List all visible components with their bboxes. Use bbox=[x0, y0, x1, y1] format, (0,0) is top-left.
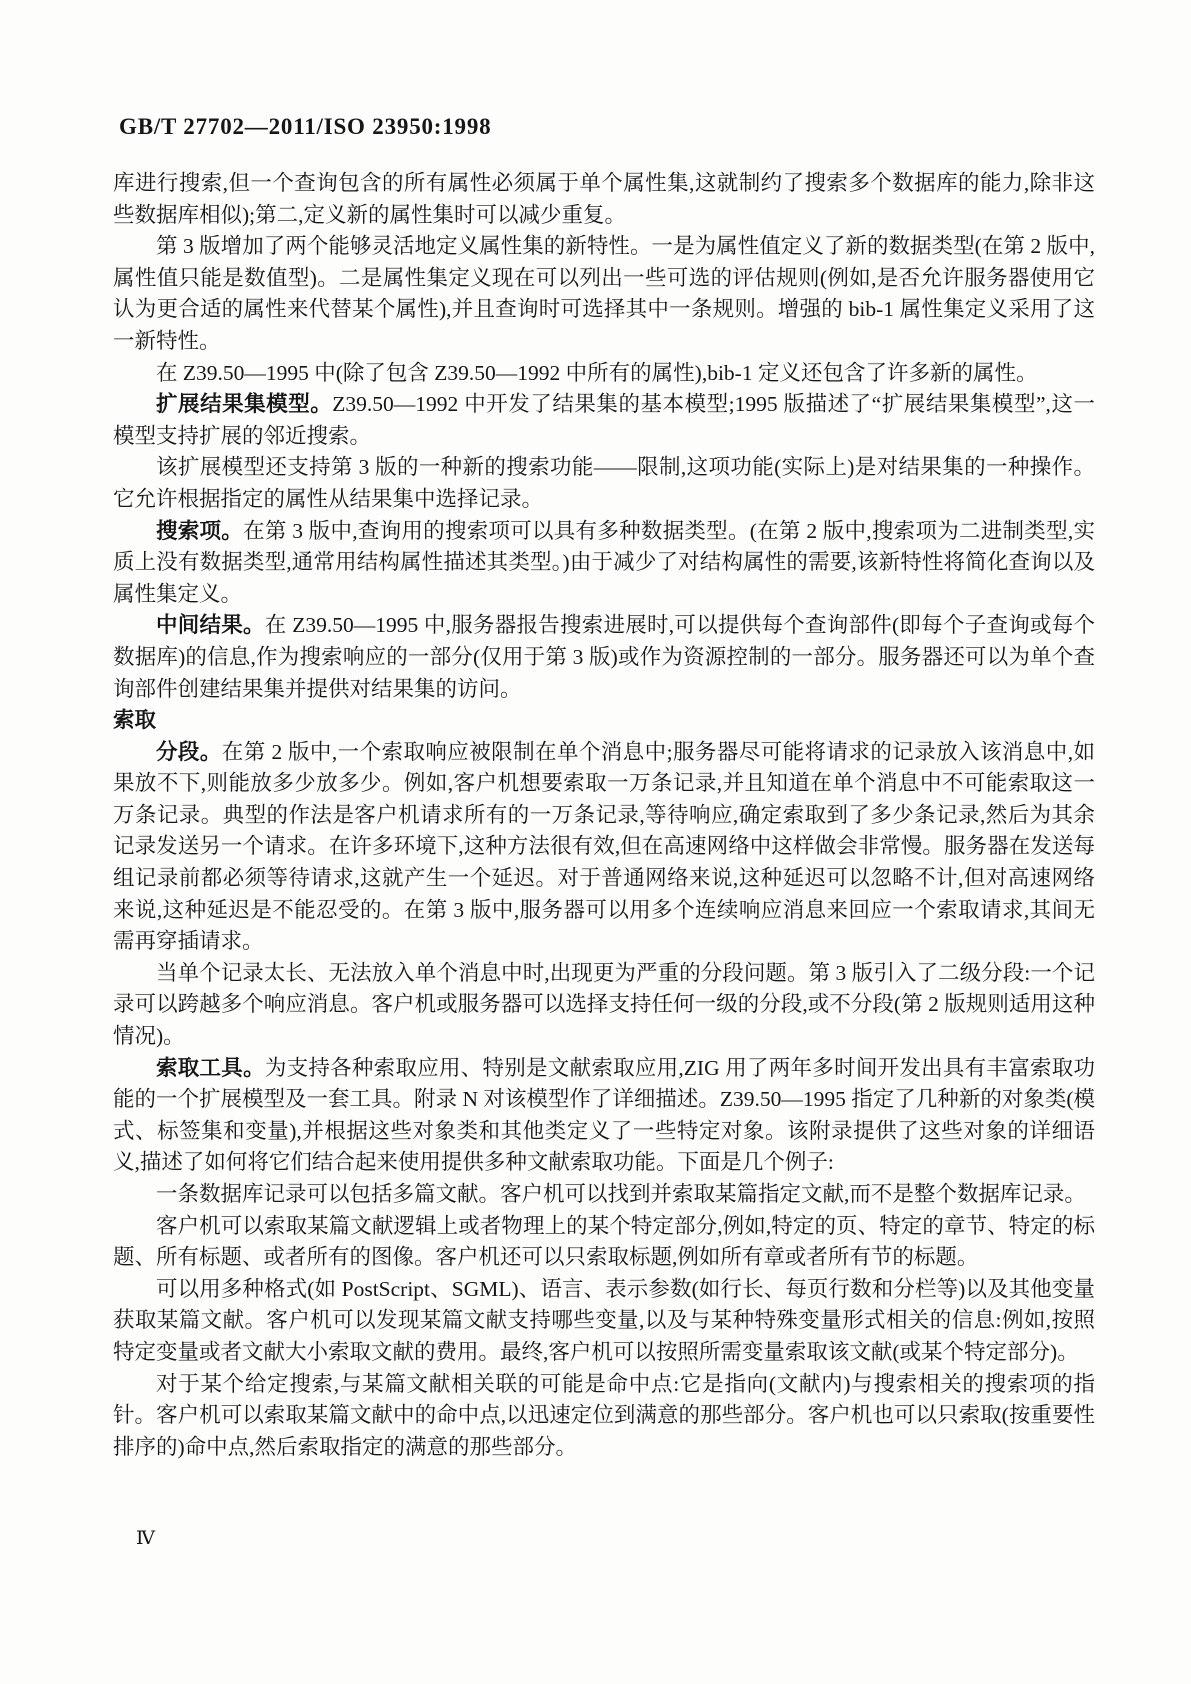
paragraph: 可以用多种格式(如 PostScript、SGML)、语言、表示参数(如行长、每… bbox=[113, 1274, 1095, 1369]
paragraph: 库进行搜索,但一个查询包含的所有属性必须属于单个属性集,这就制约了搜索多个数据库… bbox=[113, 168, 1095, 231]
paragraph: 中间结果。在 Z39.50—1995 中,服务器报告搜索进展时,可以提供每个查询… bbox=[113, 610, 1095, 705]
paragraph-text: 一条数据库记录可以包括多篇文献。客户机可以找到并索取某篇指定文献,而不是整个数据… bbox=[156, 1182, 1086, 1206]
page-number: Ⅳ bbox=[136, 1527, 155, 1550]
paragraph-lead: 索取工具。 bbox=[156, 1056, 265, 1080]
paragraph-text: 库进行搜索,但一个查询包含的所有属性必须属于单个属性集,这就制约了搜索多个数据库… bbox=[113, 171, 1095, 227]
paragraph: 搜索项。在第 3 版中,查询用的搜索项可以具有多种数据类型。(在第 2 版中,搜… bbox=[113, 516, 1095, 611]
paragraph: 索取工具。为支持各种索取应用、特别是文献索取应用,ZIG 用了两年多时间开发出具… bbox=[113, 1053, 1095, 1179]
paragraph-lead: 中间结果。 bbox=[156, 613, 265, 637]
paragraph: 分段。在第 2 版中,一个索取响应被限制在单个消息中;服务器尽可能将请求的记录放… bbox=[113, 737, 1095, 958]
paragraph: 一条数据库记录可以包括多篇文献。客户机可以找到并索取某篇指定文献,而不是整个数据… bbox=[113, 1179, 1095, 1211]
paragraph-text: 可以用多种格式(如 PostScript、SGML)、语言、表示参数(如行长、每… bbox=[113, 1277, 1095, 1364]
paragraph-text: 客户机可以索取某篇文献逻辑上或者物理上的某个特定部分,例如,特定的页、特定的章节… bbox=[113, 1214, 1095, 1270]
document-page: GB/T 27702—2011/ISO 23950:1998 库进行搜索,但一个… bbox=[0, 0, 1191, 1684]
paragraph-lead: 分段。 bbox=[156, 740, 222, 764]
section-heading: 索取 bbox=[113, 705, 1095, 737]
document-body: 库进行搜索,但一个查询包含的所有属性必须属于单个属性集,这就制约了搜索多个数据库… bbox=[113, 168, 1095, 1463]
paragraph-text: 该扩展模型还支持第 3 版的一种新的搜索功能——限制,这项功能(实际上)是对结果… bbox=[113, 455, 1095, 511]
paragraph: 该扩展模型还支持第 3 版的一种新的搜索功能——限制,这项功能(实际上)是对结果… bbox=[113, 452, 1095, 515]
paragraph-text: 对于某个给定搜索,与某篇文献相关联的可能是命中点:它是指向(文献内)与搜索相关的… bbox=[113, 1372, 1095, 1459]
paragraph-text: 第 3 版增加了两个能够灵活地定义属性集的新特性。一是为属性值定义了新的数据类型… bbox=[113, 234, 1095, 353]
paragraph: 第 3 版增加了两个能够灵活地定义属性集的新特性。一是为属性值定义了新的数据类型… bbox=[113, 231, 1095, 357]
paragraph-text: 当单个记录太长、无法放入单个消息中时,出现更为严重的分段问题。第 3 版引入了二… bbox=[113, 961, 1095, 1048]
paragraph: 扩展结果集模型。Z39.50—1992 中开发了结果集的基本模型;1995 版描… bbox=[113, 389, 1095, 452]
paragraph-lead: 搜索项。 bbox=[156, 519, 243, 543]
paragraph-lead: 扩展结果集模型。 bbox=[156, 392, 332, 416]
paragraph: 在 Z39.50—1995 中(除了包含 Z39.50—1992 中所有的属性)… bbox=[113, 358, 1095, 390]
standard-number-header: GB/T 27702—2011/ISO 23950:1998 bbox=[119, 114, 491, 140]
paragraph: 对于某个给定搜索,与某篇文献相关联的可能是命中点:它是指向(文献内)与搜索相关的… bbox=[113, 1369, 1095, 1464]
paragraph-text: 在 Z39.50—1995 中(除了包含 Z39.50—1992 中所有的属性)… bbox=[156, 361, 1037, 385]
paragraph: 客户机可以索取某篇文献逻辑上或者物理上的某个特定部分,例如,特定的页、特定的章节… bbox=[113, 1211, 1095, 1274]
paragraph-text: 在第 3 版中,查询用的搜索项可以具有多种数据类型。(在第 2 版中,搜索项为二… bbox=[113, 519, 1095, 606]
paragraph: 当单个记录太长、无法放入单个消息中时,出现更为严重的分段问题。第 3 版引入了二… bbox=[113, 958, 1095, 1053]
paragraph-text: 在第 2 版中,一个索取响应被限制在单个消息中;服务器尽可能将请求的记录放入该消… bbox=[113, 740, 1095, 954]
